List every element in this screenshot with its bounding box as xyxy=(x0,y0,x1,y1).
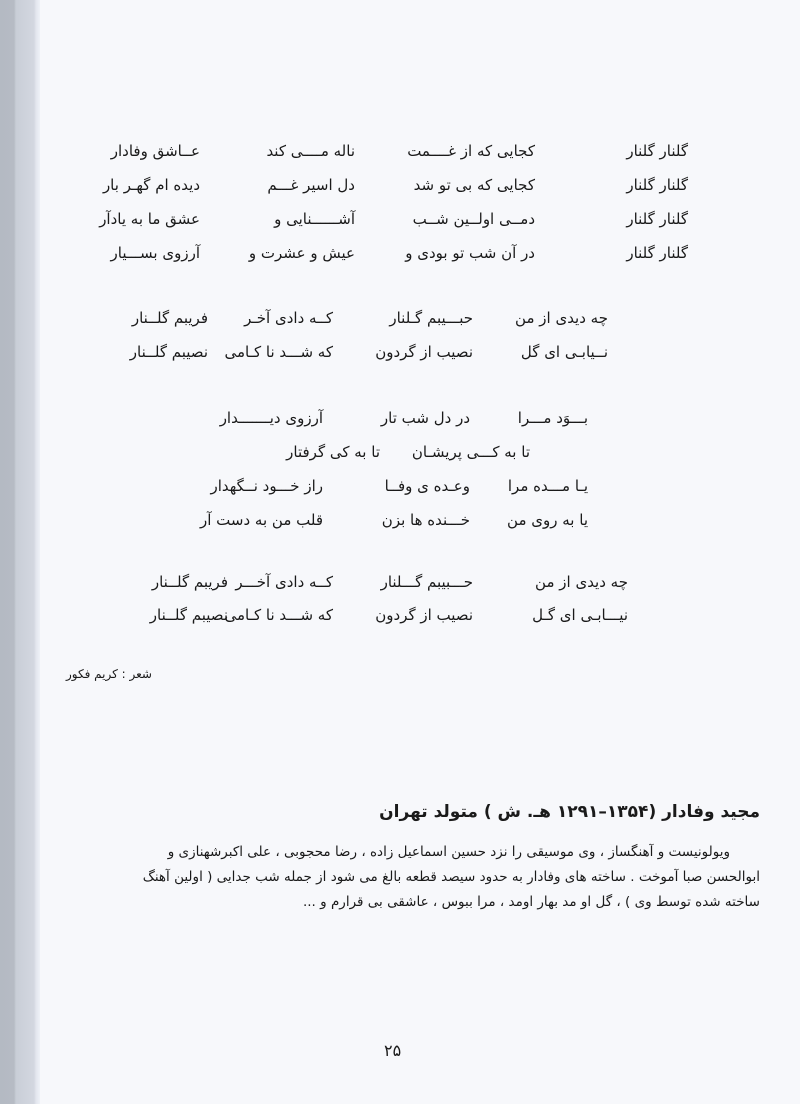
poem-cell: چه دیدی از من xyxy=(535,568,628,596)
poem-cell: چه دیدی از من xyxy=(515,304,608,332)
poem-cell: کجایی که از غــــمت xyxy=(407,137,535,165)
poem-cell: ناله مــــی کند xyxy=(266,137,355,165)
poem-cell: نصیب از گردون xyxy=(375,601,473,629)
poem-cell: گلنار گلنار xyxy=(626,171,688,199)
poem-cell: دل اسیر غـــم xyxy=(267,171,355,199)
poem-cell: راز خـــود نــگهدار xyxy=(210,472,323,500)
poem-cell: یا به روی من xyxy=(507,506,588,534)
book-page: گلنار گلنار کجایی که از غــــمت ناله مــ… xyxy=(0,0,800,1104)
poem-cell: یـا مـــده مرا xyxy=(508,472,588,500)
poem-line: نیـــابـی ای گـل نصیب از گردون که شـــد … xyxy=(0,601,800,629)
poem-cell: قلب من به دست آر xyxy=(200,506,323,534)
poem-cell: گلنار گلنار xyxy=(626,137,688,165)
poem-cell: فریبم گلــنار xyxy=(132,304,208,332)
poem-cell: نصیب از گردون xyxy=(375,338,473,366)
poem-line: یا به روی من خـــنده ها بزن قلب من به دس… xyxy=(0,506,800,534)
poem-cell: در دل شب تار xyxy=(381,404,470,432)
poem-line: تا به کـــی پریشـان تا به کی گرفتار xyxy=(0,438,800,466)
poem-cell: کــه دادی آخـر xyxy=(244,304,333,332)
poem-line: گلنار گلنار کجایی که بی تو شد دل اسیر غـ… xyxy=(0,171,800,199)
poem-cell: در آن شب تو بودی و xyxy=(405,239,535,267)
poem-cell: گلنار گلنار xyxy=(626,205,688,233)
poem-line: چه دیدی از من حبـــیبم گـلنار کــه دادی … xyxy=(0,304,800,332)
poem-cell: دمــی اولــین شــب xyxy=(413,205,535,233)
poem-cell: تا به کـــی پریشـان xyxy=(412,438,530,466)
poem-cell: که شـــد نا کـامی xyxy=(224,601,333,629)
poem-cell: کــه دادی آخـــر xyxy=(235,568,333,596)
bio-line: ساخته شده توسط وی ) ، گل او مد بهار اومد… xyxy=(55,890,760,915)
poem-cell: حـــبیبم گـــلنار xyxy=(381,568,473,596)
bio-paragraph: ویولونیست و آهنگساز ، وی موسیقی را نزد ح… xyxy=(55,840,760,915)
poem-line: نــیابـی ای گل نصیب از گردون که شـــد نا… xyxy=(0,338,800,366)
poem-cell: نصیبم گلــنار xyxy=(150,601,228,629)
poem-cell: نــیابـی ای گل xyxy=(521,338,608,366)
poem-cell: فریبم گلــنار xyxy=(152,568,228,596)
poem-line: گلنار گلنار کجایی که از غــــمت ناله مــ… xyxy=(0,137,800,165)
poem-cell: بـــوَد مـــرا xyxy=(518,404,588,432)
poem-cell: عــاشق وفادار xyxy=(111,137,200,165)
page-number: ۲۵ xyxy=(384,1040,401,1062)
poem-cell: نصیبم گلــنار xyxy=(130,338,208,366)
poem-cell: آشــــــنایی و xyxy=(274,205,355,233)
poem-line: گلنار گلنار دمــی اولــین شــب آشــــــن… xyxy=(0,205,800,233)
poem-cell: آرزوی دیـــــــدار xyxy=(220,404,323,432)
poem-cell: نیـــابـی ای گـل xyxy=(532,601,628,629)
bio-line: ابوالحسن صبا آموخت . ساخته های وفادار به… xyxy=(55,865,760,890)
bio-line: ویولونیست و آهنگساز ، وی موسیقی را نزد ح… xyxy=(55,840,760,865)
poem-cell: دیده ام گهـر بار xyxy=(103,171,200,199)
poem-cell: آرزوی بســـیار xyxy=(111,239,201,267)
poem-cell: کجایی که بی تو شد xyxy=(414,171,535,199)
poem-line: چه دیدی از من حـــبیبم گـــلنار کــه داد… xyxy=(0,568,800,596)
poet-credit: شعر : کریم فکور xyxy=(66,664,152,684)
bio-title: مجید وفادار (۱۳۵۴–۱۲۹۱ هـ. ش ) متولد تهر… xyxy=(379,797,760,827)
poem-cell: عیش و عشرت و xyxy=(249,239,355,267)
poem-cell: که شـــد نا کـامی xyxy=(224,338,333,366)
poem-cell: وعـده ی وفــا xyxy=(385,472,470,500)
poem-cell: حبـــیبم گـلنار xyxy=(389,304,473,332)
poem-cell: تا به کی گرفتار xyxy=(286,438,380,466)
poem-cell: خـــنده ها بزن xyxy=(382,506,470,534)
poem-cell: عشق ما به یادآر xyxy=(99,205,200,233)
poem-line: گلنار گلنار در آن شب تو بودی و عیش و عشر… xyxy=(0,239,800,267)
poem-line: بـــوَد مـــرا در دل شب تار آرزوی دیــــ… xyxy=(0,404,800,432)
poem-line: یـا مـــده مرا وعـده ی وفــا راز خـــود … xyxy=(0,472,800,500)
poem-cell: گلنار گلنار xyxy=(626,239,688,267)
